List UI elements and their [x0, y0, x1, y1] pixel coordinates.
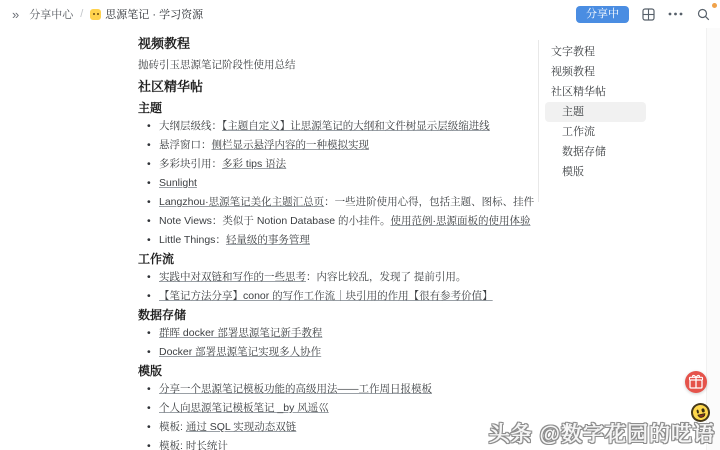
bullet-icon: •	[147, 119, 159, 133]
list-item: •大纲层级线：【主题自定义】让思源笔记的大纲和文件树显示层级缩进线	[138, 119, 534, 133]
outline-panel-items: 文字教程视频教程社区精华帖主题工作流数据存储模版	[538, 40, 694, 202]
doc-link[interactable]: 群晖 docker 部署思源笔记新手教程	[159, 327, 322, 339]
section-heading: 数据存储	[138, 308, 534, 323]
list-item: •Note Views：类似于 Notion Database 的小挂件。使用范…	[138, 214, 534, 228]
bullet-icon: •	[147, 382, 159, 396]
doc-text: ：一些进阶使用心得，包括主题、图标、挂件等内容。	[324, 196, 534, 208]
bullet-icon: •	[147, 195, 159, 209]
item-text: 模板: 时长统计	[159, 439, 228, 450]
item-text: 多彩块引用：多彩 tips 语法	[159, 157, 286, 171]
outline-item[interactable]: 视频教程	[545, 62, 635, 82]
doc-link[interactable]: 【笔记方法分享】conor 的写作工作流｜块引用的作用【很有参考价值】	[159, 290, 493, 302]
list-item: •个人向思源笔记模板笔记 _by 风遥巛	[138, 401, 534, 415]
section-heading: 主题	[138, 101, 534, 116]
list-item: •悬浮窗口：侧栏显示悬浮内容的一种模拟实现	[138, 138, 534, 152]
item-text: Langzhou·思源笔记美化主题汇总页：一些进阶使用心得，包括主题、图标、挂件…	[159, 195, 534, 209]
bullet-icon: •	[147, 401, 159, 415]
item-text: 群晖 docker 部署思源笔记新手教程	[159, 326, 322, 340]
outline-item[interactable]: 社区精华帖	[545, 82, 635, 102]
bullet-icon: •	[147, 214, 159, 228]
bullet-icon: •	[147, 345, 159, 359]
doc-link[interactable]: 多彩 tips 语法	[222, 158, 286, 170]
list-item: •Little Things：轻量级的事务管理	[138, 233, 534, 247]
item-text: 模板: 通过 SQL 实现动态双链	[159, 420, 296, 434]
list-item: •模板: 通过 SQL 实现动态双链	[138, 420, 534, 434]
collapse-sidebar-icon[interactable]: »	[12, 7, 19, 22]
outline-item[interactable]: 数据存储	[545, 142, 646, 162]
item-text: Sunlight	[159, 176, 197, 190]
item-text: Docker 部署思源笔记实现多人协作	[159, 345, 321, 359]
list-item: •模板: 时长统计	[138, 439, 534, 450]
bullet-icon: •	[147, 270, 159, 284]
section-heading: 视频教程	[138, 36, 534, 52]
list-item: •分享一个思源笔记模板功能的高级用法——工作周日报模板	[138, 382, 534, 396]
notification-dot	[712, 3, 717, 8]
scrollbar-track[interactable]	[706, 28, 720, 450]
doc-text: Little Things：	[159, 234, 226, 246]
item-text: 实践中对双链和写作的一些思考：内容比较乱，发现了 提前引用。	[159, 270, 466, 284]
emoji-eye	[701, 408, 704, 412]
doc-link[interactable]: 通过 SQL 实现动态双链	[186, 421, 296, 433]
list-item: •Langzhou·思源笔记美化主题汇总页：一些进阶使用心得，包括主题、图标、挂…	[138, 195, 534, 209]
bullet-icon: •	[147, 176, 159, 190]
item-text: 个人向思源笔记模板笔记 _by 风遥巛	[159, 401, 329, 415]
bullet-icon: •	[147, 439, 159, 450]
doc-link[interactable]: Docker 部署思源笔记实现多人协作	[159, 346, 321, 358]
doc-text: 大纲层级线：	[159, 120, 222, 132]
item-text: 【笔记方法分享】conor 的写作工作流｜块引用的作用【很有参考价值】	[159, 289, 493, 303]
section-heading: 模版	[138, 364, 534, 379]
gift-icon	[685, 371, 707, 393]
item-text: 悬浮窗口：侧栏显示悬浮内容的一种模拟实现	[159, 138, 369, 152]
list-item: •Docker 部署思源笔记实现多人协作	[138, 345, 534, 359]
breadcrumb-root[interactable]: 分享中心	[29, 6, 73, 22]
item-text: Little Things：轻量级的事务管理	[159, 233, 310, 247]
paragraph: 抛砖引玉思源笔记阶段性使用总结	[138, 58, 534, 72]
section-heading: 社区精华帖	[138, 79, 534, 95]
list-item: •【笔记方法分享】conor 的写作工作流｜块引用的作用【很有参考价值】	[138, 289, 534, 303]
doc-link[interactable]: 实践中对双链和写作的一些思考	[159, 271, 306, 283]
doc-link[interactable]: 使用范例·思源面板的使用体验	[390, 215, 530, 227]
doc-link[interactable]: Sunlight	[159, 177, 197, 189]
doc-text: ：内容比较乱，发现了 提前引用。	[306, 271, 466, 283]
document-content: 视频教程抛砖引玉思源笔记阶段性使用总结社区精华帖主题•大纲层级线：【主题自定义】…	[138, 28, 534, 450]
top-toolbar: » 分享中心 / 思源笔记 · 学习资源 分享中	[0, 0, 720, 28]
item-text: Note Views：类似于 Notion Database 的小挂件。使用范例…	[159, 214, 530, 228]
emoji-eye	[696, 409, 699, 413]
doc-link[interactable]: 个人向思源笔记模板笔记 _by 风遥巛	[159, 402, 329, 414]
doc-link[interactable]: 【主题自定义】让思源笔记的大纲和文件树显示层级缩进线	[222, 120, 490, 132]
doc-text: Note Views：类似于 Notion Database 的小挂件。	[159, 215, 390, 227]
emoji-mouth	[697, 413, 706, 419]
doc-text: 抛砖引玉思源笔记阶段性使用总结	[138, 59, 296, 71]
item-text: 大纲层级线：【主题自定义】让思源笔记的大纲和文件树显示层级缩进线	[159, 119, 490, 133]
doc-text: 多彩块引用：	[159, 158, 222, 170]
bullet-icon: •	[147, 157, 159, 171]
outline-item[interactable]: 工作流	[545, 122, 646, 142]
breadcrumb-separator: /	[80, 8, 83, 20]
doc-text: 悬浮窗口：	[159, 139, 212, 151]
bullet-icon: •	[147, 420, 159, 434]
doc-text: 模板:	[159, 421, 186, 433]
bullet-icon: •	[147, 233, 159, 247]
breadcrumb: 分享中心 / 思源笔记 · 学习资源	[29, 6, 203, 22]
breadcrumb-doc-title[interactable]: 思源笔记 · 学习资源	[105, 6, 203, 22]
bullet-icon: •	[147, 138, 159, 152]
more-icon[interactable]	[668, 12, 683, 16]
notebook-emoji-icon	[90, 9, 101, 20]
list-item: •Sunlight	[138, 176, 534, 190]
list-item: •群晖 docker 部署思源笔记新手教程	[138, 326, 534, 340]
doc-text: 模板:	[159, 440, 186, 450]
section-heading: 工作流	[138, 252, 534, 267]
doc-link[interactable]: 分享一个思源笔记模板功能的高级用法——工作周日报模板	[159, 383, 432, 395]
bullet-icon: •	[147, 326, 159, 340]
gift-button[interactable]	[685, 371, 707, 393]
doc-link[interactable]: Langzhou·思源笔记美化主题汇总页	[159, 196, 324, 208]
outline-item[interactable]: 文字教程	[545, 42, 635, 62]
bullet-icon: •	[147, 289, 159, 303]
list-item: •实践中对双链和写作的一些思考：内容比较乱，发现了 提前引用。	[138, 270, 534, 284]
doc-link[interactable]: 时长统计	[186, 440, 228, 450]
doc-link[interactable]: 轻量级的事务管理	[226, 234, 310, 246]
item-text: 抛砖引玉思源笔记阶段性使用总结	[138, 59, 296, 71]
outline-item[interactable]: 模版	[545, 162, 646, 182]
watermark-text: 头条 @数字花园的呓语	[489, 418, 715, 448]
sharing-status-button[interactable]: 分享中	[576, 6, 629, 23]
grid-icon[interactable]	[642, 8, 655, 21]
search-icon[interactable]	[697, 8, 710, 21]
outline-item[interactable]: 主题	[545, 102, 646, 122]
doc-link[interactable]: 侧栏显示悬浮内容的一种模拟实现	[212, 139, 370, 151]
list-item: •多彩块引用：多彩 tips 语法	[138, 157, 534, 171]
item-text: 分享一个思源笔记模板功能的高级用法——工作周日报模板	[159, 382, 432, 396]
